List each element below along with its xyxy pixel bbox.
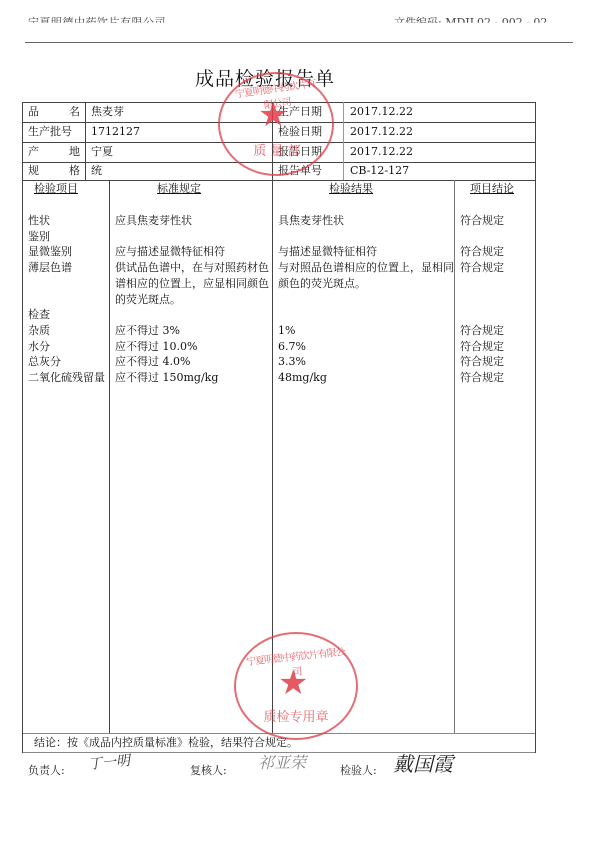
info-date-value: CB-12-127 [350,163,409,179]
item-conclusion: 符合规定 [460,370,504,386]
info-date-value: 2017.12.22 [350,124,413,140]
item-conclusion: 符合规定 [460,339,504,355]
item-name: 杂质 [28,323,50,339]
col-header-result: 检验结果 [329,181,373,197]
info-date-value: 2017.12.22 [350,144,413,160]
doc-code-value: MDJL02 - 002 - 02 [445,16,547,29]
info-value: 宁夏 [91,144,113,160]
stamp-bottom-text: 质 量 部 [242,140,312,159]
col-divider [454,180,455,733]
table-border-right [535,102,536,753]
item-result: 具焦麦芽性状 [278,213,344,229]
col-header-conclusion: 项目结论 [470,181,514,197]
conclusion-text: 结论：按《成品内控质量标准》检验，结果符合规定。 [34,735,298,751]
table-border-left [22,102,23,753]
quality-dept-stamp: 宁夏明德中药饮片有限公司 ★ 质 量 部 [218,72,334,176]
col-header-item: 检验项目 [34,181,78,197]
info-value: 统 [91,163,102,179]
reviewer-signature: 祁亚荣 [258,750,306,773]
header-divider [25,42,573,43]
inspector-label: 检验人: [340,762,377,778]
item-name: 显微鉴别 [28,244,72,260]
item-name: 总灰分 [28,354,61,370]
col-divider [109,180,110,733]
reviewer-label: 复核人: [190,762,227,778]
info-label: 产地 [28,144,80,160]
item-name: 检查 [28,307,50,323]
item-name: 薄层色谱 [28,260,72,276]
item-standard: 应不得过 10.0% [115,339,197,355]
qc-seal-stamp: 宁夏明德中药饮片有限公司 ★ 质检专用章 [234,632,358,740]
info-value: 焦麦芽 [91,104,124,120]
item-standard: 应不得过 4.0% [115,354,190,370]
star-icon: ★ [258,98,288,132]
info-value: 1712127 [91,124,140,140]
item-standard: 谱相应的位置上，应显相同颜色 [115,276,269,292]
star-icon: ★ [278,666,308,700]
item-result: 1% [278,323,295,339]
item-conclusion: 符合规定 [460,260,504,276]
item-conclusion: 符合规定 [460,244,504,260]
info-label: 生产批号 [28,124,72,140]
inspector-signature: 戴国霞 [393,748,453,777]
item-standard: 应具焦麦芽性状 [115,213,192,229]
item-conclusion: 符合规定 [460,323,504,339]
stamp-bottom-text: 质检专用章 [254,706,338,725]
item-standard: 应不得过 3% [115,323,180,339]
item-standard: 供试品色谱中，在与对照药材色 [115,260,269,276]
row-divider [22,180,536,181]
info-label: 品名 [28,104,80,120]
doc-code-label: 文件编码: [394,16,442,29]
responsible-label: 负责人: [28,762,65,778]
item-result: 与对照品色谱相应的位置上，显相同 [278,260,454,276]
item-result: 3.3% [278,354,306,370]
responsible-signature: 丁一明 [87,750,131,774]
col-divider [343,102,344,180]
item-result: 6.7% [278,339,306,355]
doc-code: 文件编码: MDJL02 - 002 - 02 [394,14,547,30]
info-date-value: 2017.12.22 [350,104,413,120]
item-name: 性状 [28,213,50,229]
item-result: 颜色的荧光斑点。 [278,276,366,292]
item-standard: 应不得过 150mg/kg [115,370,218,386]
info-label: 规格 [28,163,80,179]
col-header-standard: 标准规定 [157,181,201,197]
item-conclusion: 符合规定 [460,213,504,229]
company-header: 宁夏明德中药饮片有限公司 [28,14,166,30]
item-standard: 应与描述显微特征相符 [115,244,225,260]
item-result: 与描述显微特征相符 [278,244,377,260]
item-standard: 的荧光斑点。 [115,292,181,308]
item-conclusion: 符合规定 [460,354,504,370]
col-divider [85,102,86,180]
item-name: 二氧化硫残留量 [28,370,105,386]
item-name: 水分 [28,339,50,355]
item-result: 48mg/kg [278,370,327,386]
item-name: 鉴别 [28,229,50,245]
